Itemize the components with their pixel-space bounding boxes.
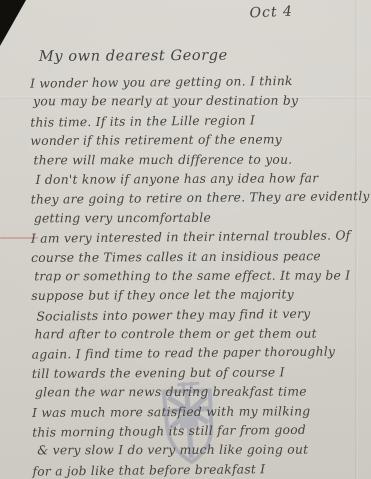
- letter-line: for a job like that before breakfast I: [32, 459, 366, 479]
- letter-line: you may be nearly at your destination by: [33, 92, 364, 112]
- letter-line: till towards the evening but of course I: [32, 363, 366, 384]
- letter-line: I am very interested in their internal t…: [31, 226, 365, 249]
- letter-line: & very slow I do very much like going ou…: [37, 441, 366, 461]
- letter-line: course the Times calles it an insidious …: [31, 246, 365, 267]
- letter-date: Oct 4: [249, 4, 293, 22]
- letter-line: this time. If its in the Lille region I: [30, 110, 364, 133]
- letter-line: wonder if this retirement of the enemy: [30, 130, 364, 151]
- letter-salutation: My own dearest George: [39, 48, 228, 65]
- letter-line: suppose but if they once let the majorit…: [31, 285, 365, 306]
- letter-line: Socialists into power they may find it v…: [36, 304, 365, 327]
- letter-line: glean the war news during breakfast time: [35, 383, 366, 403]
- letter-line: getting very uncomfortable: [34, 208, 365, 228]
- letter-scan: Oct 4 My own dearest George I wonder how…: [0, 0, 371, 479]
- letter-line: trap or something to the same effect. It…: [34, 266, 365, 286]
- letter-body: I wonder how you are getting on. I think…: [30, 72, 366, 479]
- letter-line: there will make much difference to you.: [33, 150, 364, 170]
- letter-content: Oct 4 My own dearest George I wonder how…: [0, 0, 371, 479]
- letter-line: they are going to retire on there. They …: [31, 188, 365, 211]
